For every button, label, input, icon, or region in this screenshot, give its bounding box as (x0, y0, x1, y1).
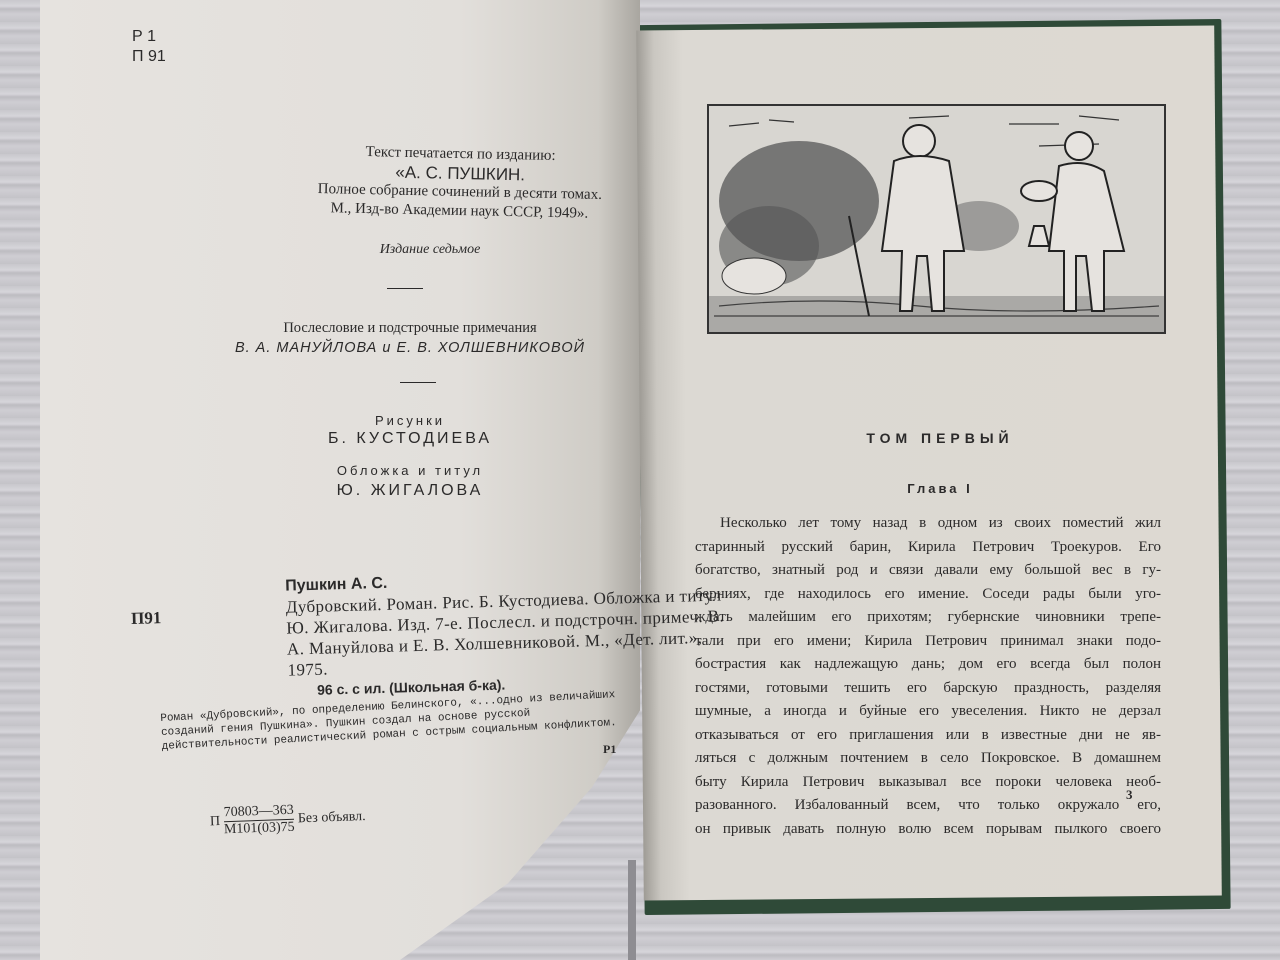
bib-code: П91 (131, 607, 162, 629)
classification-line: Р 1 (132, 27, 166, 47)
table-surface-gap (628, 860, 636, 960)
classification-line: П 91 (132, 47, 166, 67)
divider (400, 382, 436, 383)
cover-name: Ю. ЖИГАЛОВА (280, 482, 540, 500)
annotation-code: Р1 (603, 742, 616, 757)
price-code: П 70803—363 М101(03)75 Без объявл. (209, 800, 366, 838)
text-line: отказываться от его приглашения или в из… (695, 724, 1161, 748)
bib-body: Дубровский. Роман. Рис. Б. Кустодиева. О… (286, 584, 728, 680)
afterword-label: Послесловие и подстрочные примечания (220, 318, 600, 338)
text-line: ждать малейшим его прихотям; губернские … (695, 606, 1161, 630)
page-number: 3 (1126, 787, 1133, 803)
woodcut-illustration (707, 104, 1166, 334)
volume-title: ТОМ ПЕРВЫЙ (700, 430, 1180, 446)
source-note: Текст печатается по изданию: «А. С. ПУШК… (299, 142, 621, 225)
cover-label: Обложка и титул (280, 463, 540, 478)
edition-note: Издание седьмое (300, 242, 560, 258)
chapter-title: Глава I (700, 481, 1180, 496)
text-line: он привык давать полную волю всем порыва… (695, 818, 1161, 842)
text-line: разованного. Избалованный всем, что толь… (695, 794, 1161, 818)
text-line: бострастия как надлежащую дань; дом его … (695, 653, 1161, 677)
price-fraction: 70803—363 М101(03)75 (223, 803, 295, 838)
chapter-text: Несколько лет тому назад в одном из свои… (695, 512, 1161, 841)
afterword-names: В. А. МАНУЙЛОВА и Е. В. ХОЛШЕВНИКОВОЙ (220, 338, 600, 358)
text-line: Несколько лет тому назад в одном из свои… (695, 512, 1161, 536)
text-line: богатство, знатный род и связи давали ем… (695, 559, 1161, 583)
text-line: быту Кирила Петрович выказывал все порок… (695, 771, 1161, 795)
text-line: берниях, где находилось его имение. Сосе… (695, 583, 1161, 607)
bibliographic-record: Пушкин А. С. П91 Дубровский. Роман. Рис.… (130, 563, 728, 706)
divider (387, 288, 423, 289)
text-line: гостями, готовыми тешить его барскую пра… (695, 677, 1161, 701)
price-prefix: П (210, 814, 221, 829)
illustrations-label: Рисунки (280, 413, 540, 428)
price-suffix: Без объявл. (298, 809, 366, 826)
text-line: шумные, а иногда и буйные его увеселения… (695, 700, 1161, 724)
text-line: тали при его имени; Кирила Петрович прин… (695, 630, 1161, 654)
text-line: старинный русский барин, Кирила Петрович… (695, 536, 1161, 560)
illustration-icon (709, 106, 1164, 332)
text-line: ляться с должным почтением в село Покров… (695, 747, 1161, 771)
illustrations-name: Б. КУСТОДИЕВА (280, 430, 540, 448)
price-denominator: М101(03)75 (224, 820, 295, 838)
afterword-credit: Послесловие и подстрочные примечания В. … (220, 318, 600, 358)
classification-code: Р 1 П 91 (132, 27, 166, 67)
